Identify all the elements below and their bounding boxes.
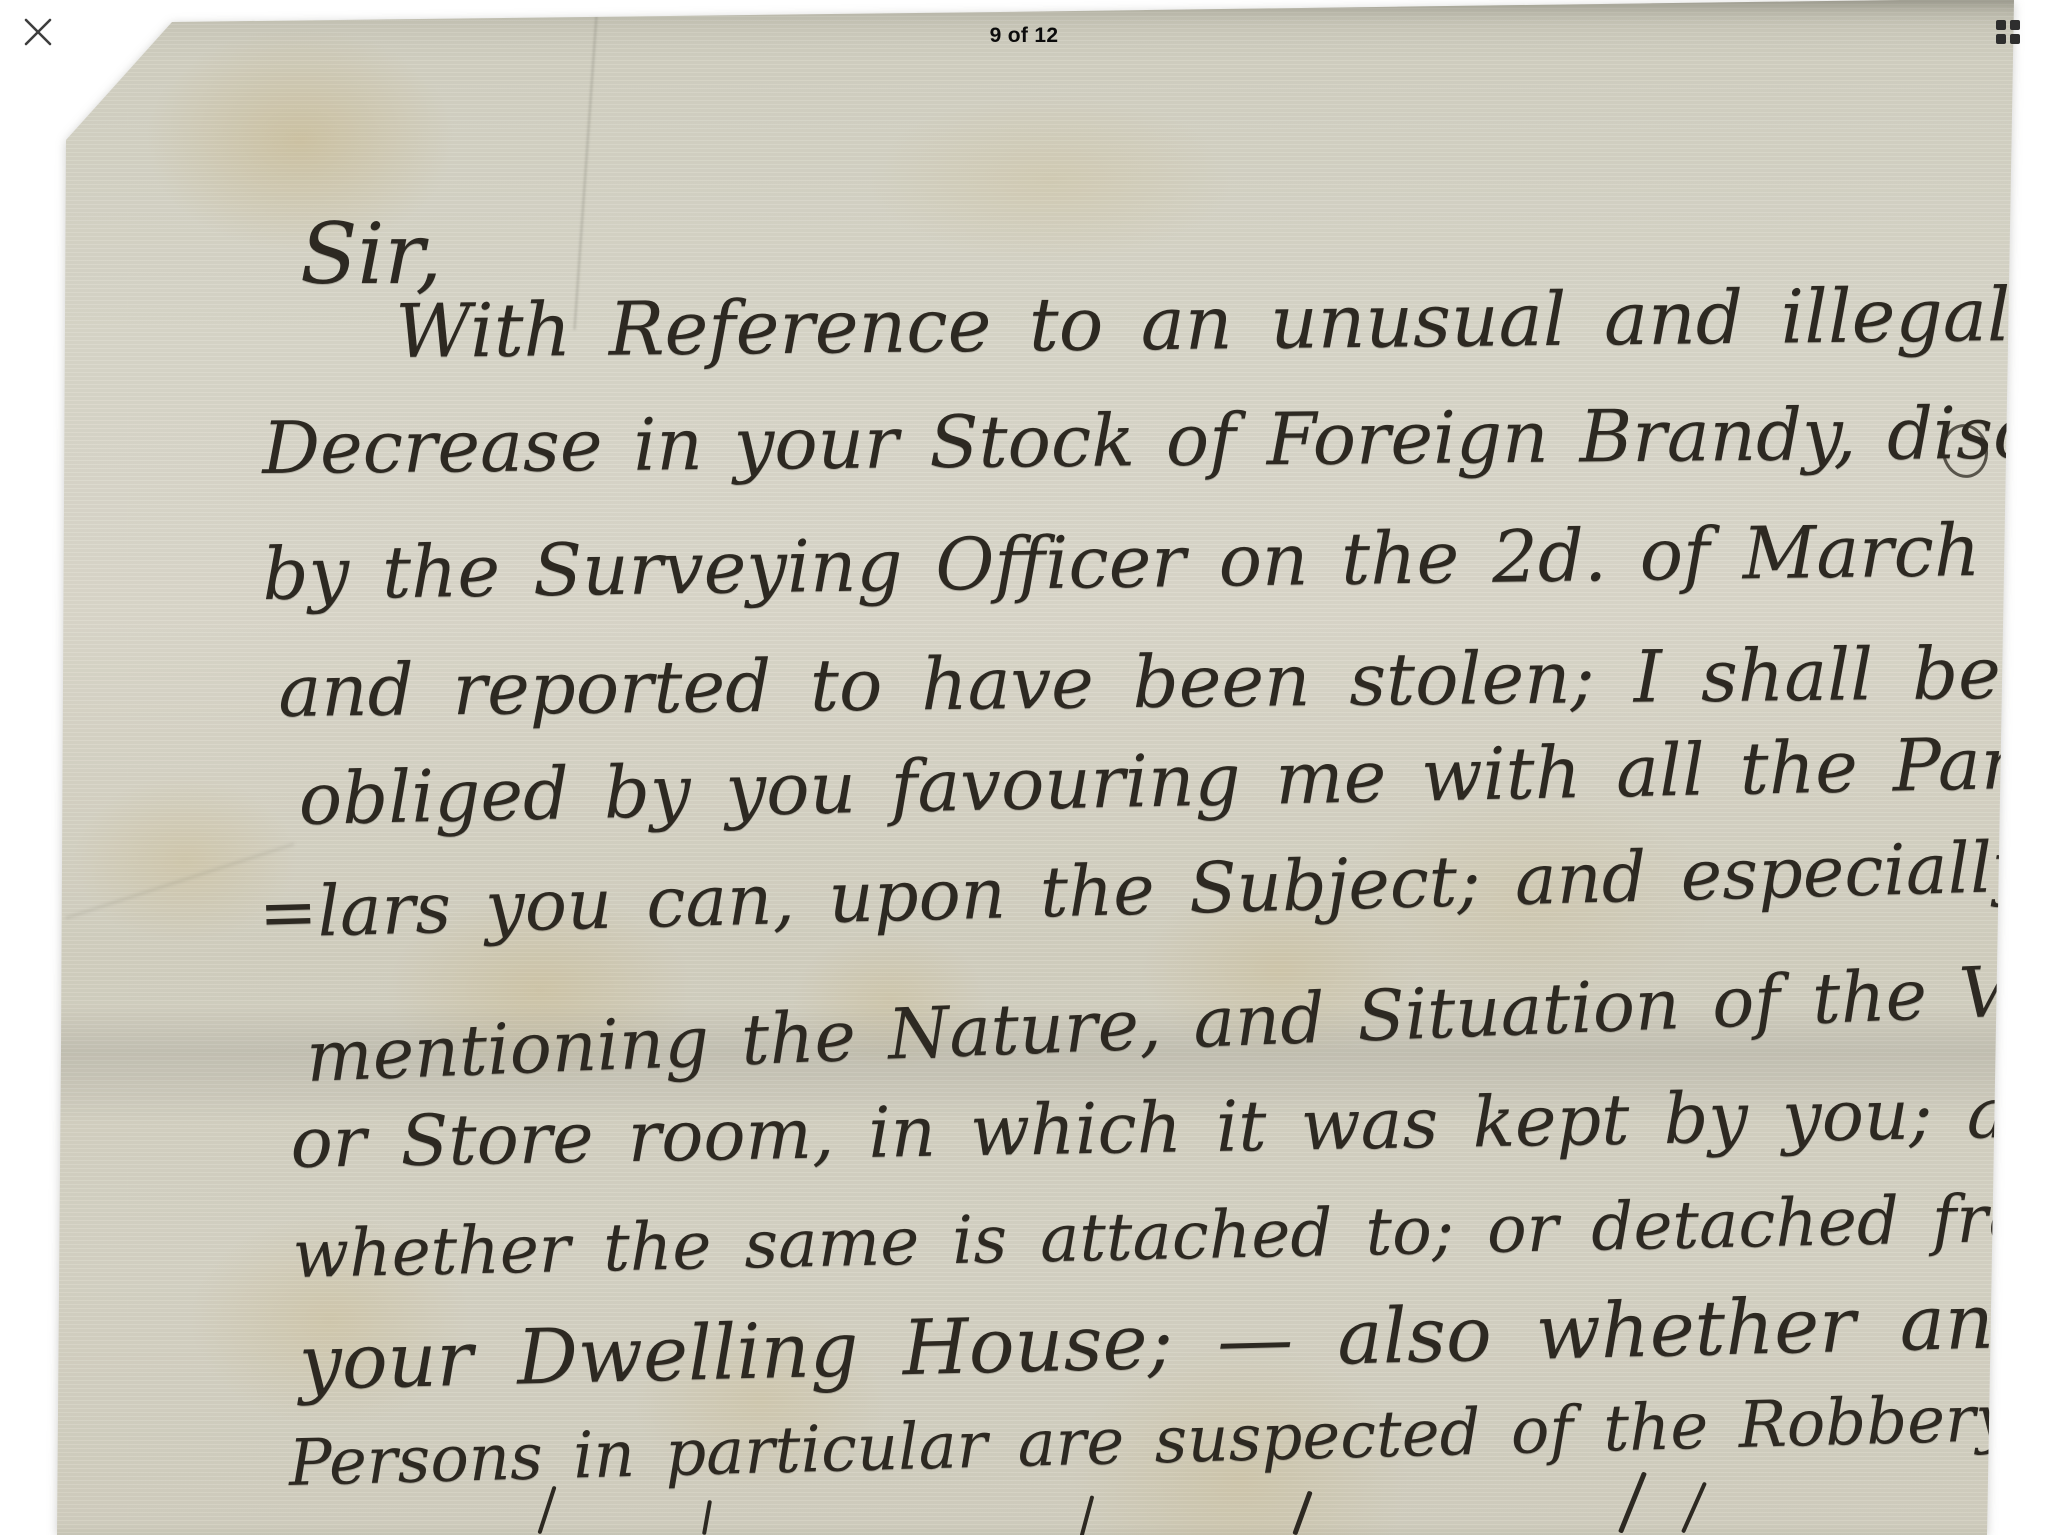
handwritten-line: Persons in particular are suspected of t… [288,1386,2034,1496]
handwritten-line: =lars you can, upon the Subject; and esp… [258,832,2033,948]
handwritten-line: by the Surveying Officer on the 2d. of M… [262,511,2048,610]
page-indicator: 9 of 12 [990,24,1059,48]
handwritten-line: whether the same is attached to; or deta… [292,1184,2048,1288]
letter-photo: Sir, With Reference to an unusual and il… [0,0,2048,1535]
handwritten-line: and reported to have been stolen; I shal… [278,637,2001,727]
cut-off-line-stroke [1681,1482,1707,1534]
handwritten-line: With Reference to an unusual and illegal… [395,277,2048,369]
cut-off-line-stroke [702,1500,712,1535]
cut-off-line-stroke [1618,1471,1647,1533]
letter-paper: Sir, With Reference to an unusual and il… [0,0,2048,1535]
grid-icon [1996,20,2024,44]
paper-crease [573,0,598,329]
close-button[interactable] [14,8,62,56]
cut-off-line-stroke [1292,1491,1312,1535]
close-icon [23,18,53,46]
handwritten-line: obliged by you favouring me with all the… [298,725,2048,835]
photo-viewer: Sir, With Reference to an unusual and il… [0,0,2048,1535]
handwritten-line: Sir, [300,212,442,296]
cut-off-line-stroke [1080,1495,1095,1535]
handwritten-line: your Dwelling House; — also whether any [298,1283,2038,1401]
grid-view-button[interactable] [1992,14,2028,50]
handwritten-line: Decrease in your Stock of Foreign Brandy… [262,395,2048,484]
